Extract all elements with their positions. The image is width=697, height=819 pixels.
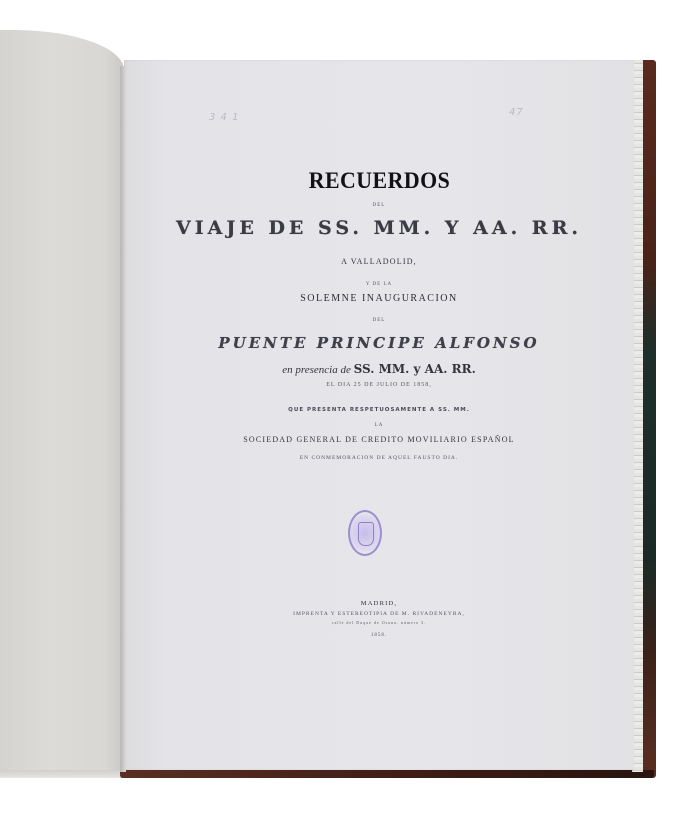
presence-prefix: en presencia de: [282, 364, 351, 376]
date-line: EL DIA 25 DE JULIO DE 1858,: [124, 382, 634, 388]
commemoration-line: EN CONMEMORACION DE AQUEL FAUSTO DIA.: [124, 455, 634, 461]
pencil-mark-right: 47: [509, 107, 524, 118]
presence-majesties: SS. MM. y AA. RR.: [354, 362, 476, 376]
connector-la: LA: [124, 423, 634, 428]
coat-of-arms-icon: [358, 522, 374, 546]
connector-del-2: DEL: [124, 318, 634, 323]
imprint-city: MADRID,: [124, 600, 634, 607]
subtitle-solemne-inauguracion: SOLEMNE INAUGURACION: [124, 293, 634, 304]
imprint-address: calle del Duque de Osuna, número 3.: [124, 620, 634, 625]
title-page: 3 4 1 47 RECUERDOS DEL VIAJE DE SS. MM. …: [124, 60, 634, 770]
left-page-blank: [0, 30, 124, 778]
title-puente-principe-alfonso: PUENTE PRINCIPE ALFONSO: [218, 334, 539, 352]
title-viaje: VIAJE DE SS. MM. Y AA. RR.: [176, 217, 582, 239]
book-cover-bottom-edge: [120, 770, 654, 778]
subtitle-valladolid: A VALLADOLID,: [124, 257, 634, 266]
imprint-year: 1858.: [124, 633, 634, 638]
imprint-printer: IMPRENTA Y ESTEREOTIPIA DE M. RIVADENEYR…: [124, 611, 634, 617]
pencil-mark-left: 3 4 1: [209, 112, 239, 123]
title-puente-row: PUENTE PRINCIPE ALFONSO: [124, 334, 634, 353]
presence-line: en presencia de SS. MM. y AA. RR.: [124, 362, 634, 376]
book-scene: 3 4 1 47 RECUERDOS DEL VIAJE DE SS. MM. …: [0, 0, 697, 819]
title-recuerdos-row: RECUERDOS: [124, 168, 634, 194]
society-name: SOCIEDAD GENERAL DE CREDITO MOVILIARIO E…: [124, 435, 634, 444]
left-page-bottom-edge: [0, 770, 120, 778]
connector-del-1: DEL: [124, 203, 634, 208]
library-stamp-icon: [348, 510, 382, 556]
title-viaje-row: VIAJE DE SS. MM. Y AA. RR.: [124, 217, 634, 239]
title-recuerdos: RECUERDOS: [308, 168, 449, 194]
connector-y-de-la: Y DE LA: [124, 282, 634, 287]
dedication-line: QUE PRESENTA RESPETUOSAMENTE A SS. MM.: [124, 407, 634, 413]
